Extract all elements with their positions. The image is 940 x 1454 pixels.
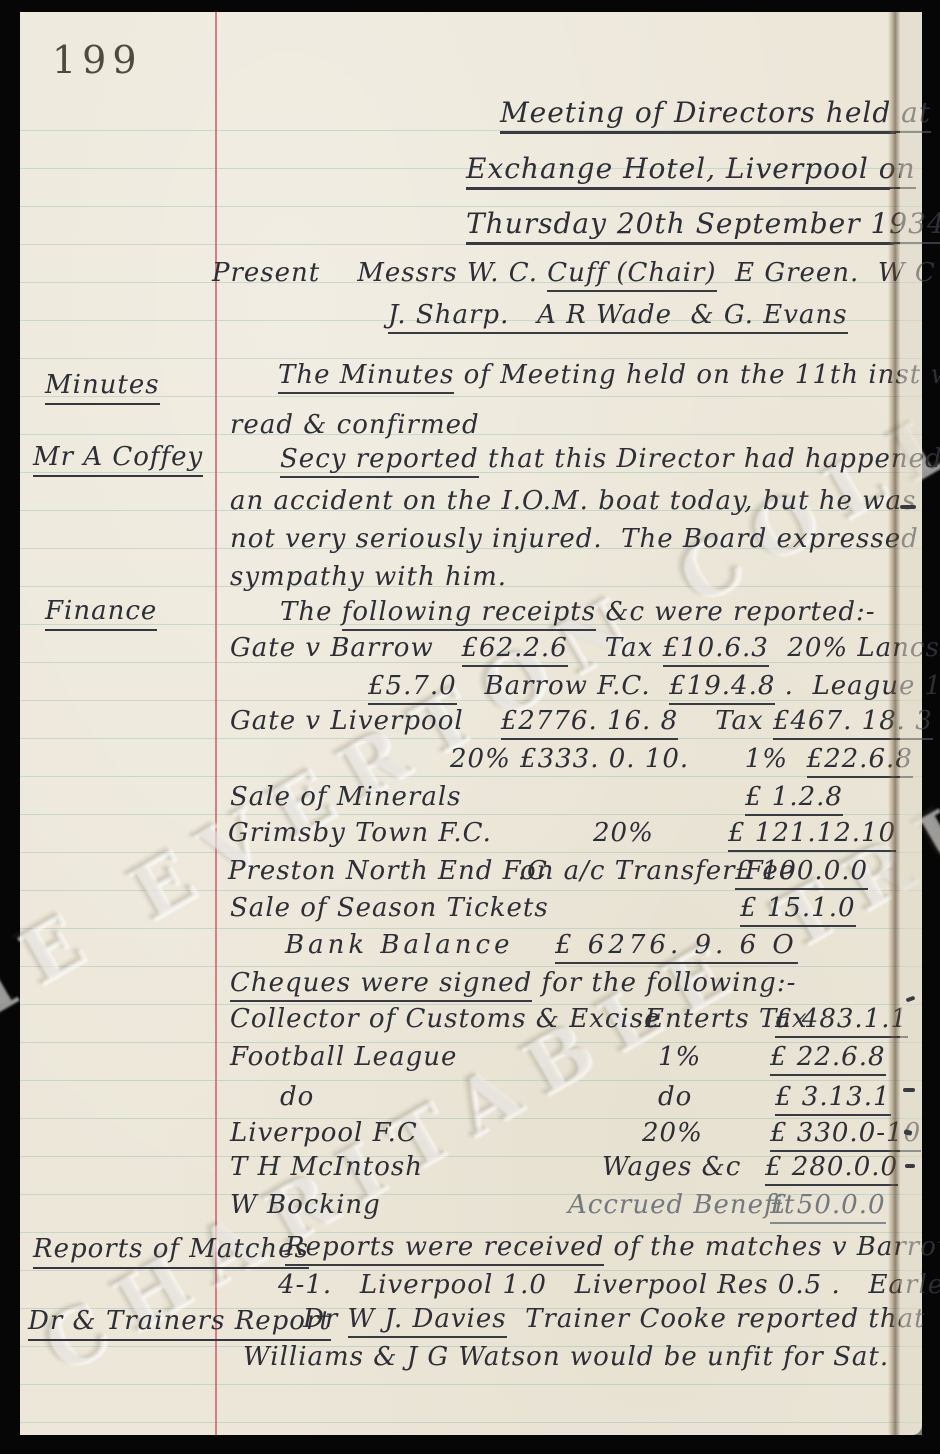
row-amount: £ 121.12.10 [728, 818, 896, 852]
cheque-row-collector-of-customs: Collector of Customs & Excise Enterts Ta… [230, 1004, 660, 1034]
row-name: Sale of Minerals [230, 782, 461, 812]
trainers-line-1: Dr W J. Davies Trainer Cooke reported th… [303, 1304, 926, 1334]
margin-label-dr-trainers-report: Dr & Trainers Report [28, 1306, 331, 1336]
cheque-row-football-league: Football League 1% £ 22.6.8 [230, 1042, 457, 1072]
trainers-line-2: Williams & J G Watson would be unfit for… [243, 1342, 889, 1372]
margin-label-reports-of-matches: Reports of Matches [33, 1234, 309, 1264]
row-amount: £ 100.0.0 [735, 856, 868, 890]
margin-label-finance: Finance [45, 596, 157, 626]
cheque-row-bocking: W Bocking Accrued Benefit £ 50.0.0 [230, 1190, 381, 1220]
reports-line-2: 4-1. Liverpool 1.0 Liverpool Res 0.5 . E… [278, 1270, 940, 1300]
row-amount: £ 1.2.8 [745, 782, 843, 816]
row-name: Sale of Season Tickets [230, 893, 549, 923]
coffey-line-1: Secy reported that this Director had hap… [280, 444, 940, 474]
row-share: 1% [658, 1042, 701, 1072]
page-number-stamp: 199 [52, 38, 143, 82]
row-name: do [280, 1082, 314, 1112]
coffey-line-2: an accident on the I.O.M. boat today, bu… [230, 486, 916, 516]
reports-line-1: Reports were received of the matches v B… [285, 1232, 940, 1262]
finance-barrow-continuation: £5.7.0 Barrow F.C. £19.4.8 . League 12/7… [368, 671, 940, 701]
row-note: do [658, 1082, 692, 1112]
row-amount: £ 22.6.8 [770, 1042, 886, 1076]
finance-cheques-intro: Cheques were signed for the following:- [230, 968, 796, 998]
row-name: Football League [230, 1042, 457, 1072]
finance-row-grimsby-town: Grimsby Town F.C. 20% £ 121.12.10 [228, 818, 492, 848]
finance-row-preston-north-end: Preston North End F.C on a/c Transfer Fe… [228, 856, 548, 886]
edge-ink-mark [903, 1088, 915, 1092]
row-share: 20% [593, 818, 654, 848]
edge-ink-mark [900, 505, 916, 509]
heading-line-3: Thursday 20th September 1934 [466, 207, 894, 245]
margin-label-mr-a-coffey: Mr A Coffey [33, 442, 203, 472]
ledger-page: THE EVERTON COLLECTION CHARITABLE TRUST … [20, 12, 922, 1435]
row-name: Collector of Customs & Excise [230, 1004, 660, 1034]
row-amount: £ 280.0.0 [765, 1152, 898, 1186]
photograph-background: { "page_number": "199", "watermark": { "… [0, 0, 940, 1454]
page-gutter [888, 12, 900, 1435]
margin-rule [215, 12, 217, 1435]
row-name: Liverpool F.C [230, 1118, 418, 1148]
row-name: Preston North End F.C [228, 856, 548, 886]
minutes-line-2: read & confirmed [230, 410, 480, 440]
cheque-row-liverpool-fc: Liverpool F.C 20% £ 330.0-10 [230, 1118, 418, 1148]
present-line-2: J. Sharp. A R Wade & G. Evans [388, 300, 848, 330]
row-name: Grimsby Town F.C. [228, 818, 492, 848]
coffey-line-3: not very seriously injured. The Board ex… [230, 524, 919, 554]
bank-balance-label: Bank Balance [285, 930, 514, 960]
finance-liverpool-continuation: 20% £333. 0. 10. 1% £22.6.8 [450, 744, 913, 774]
cheque-row-ditto: do do £ 3.13.1 [280, 1082, 314, 1112]
finance-row-sale-of-minerals: Sale of Minerals £ 1.2.8 [230, 782, 461, 812]
margin-label-minutes: Minutes [45, 370, 160, 400]
row-amount: £ 50.0.0 [770, 1190, 886, 1224]
cheque-row-mcintosh: T H McIntosh Wages &c £ 280.0.0 [230, 1152, 423, 1182]
finance-gate-v-liverpool: Gate v Liverpool £2776. 16. 8 Tax £467. … [230, 706, 933, 736]
edge-ink-mark [905, 1164, 915, 1168]
row-amount: £ 15.1.0 [740, 893, 856, 927]
minutes-line-1: The Minutes of Meeting held on the 11th … [278, 360, 940, 390]
coffey-line-4: sympathy with him. [230, 562, 507, 592]
finance-intro: The following receipts &c were reported:… [280, 597, 876, 627]
facing-page-edge [900, 12, 922, 1435]
finance-bank-balance: Bank Balance £ 6276. 9. 6 O [285, 930, 514, 960]
row-amount: £ 3.13.1 [775, 1082, 891, 1116]
row-name: T H McIntosh [230, 1152, 423, 1182]
finance-gate-v-barrow: Gate v Barrow £62.2.6 Tax £10.6.3 20% La… [230, 633, 940, 663]
heading-line-2: Exchange Hotel, Liverpool on [466, 152, 890, 190]
present-line-1: Present Messrs W. C. Cuff (Chair) E Gree… [212, 258, 940, 288]
row-name: W Bocking [230, 1190, 381, 1220]
row-note: Accrued Benefit [568, 1190, 795, 1220]
bank-balance-amount: £ 6276. 9. 6 O [555, 930, 798, 964]
heading-line-1: Meeting of Directors held at [500, 96, 896, 134]
row-note: Wages &c [602, 1152, 741, 1182]
finance-row-season-tickets: Sale of Season Tickets £ 15.1.0 [230, 893, 549, 923]
row-share: 20% [642, 1118, 703, 1148]
